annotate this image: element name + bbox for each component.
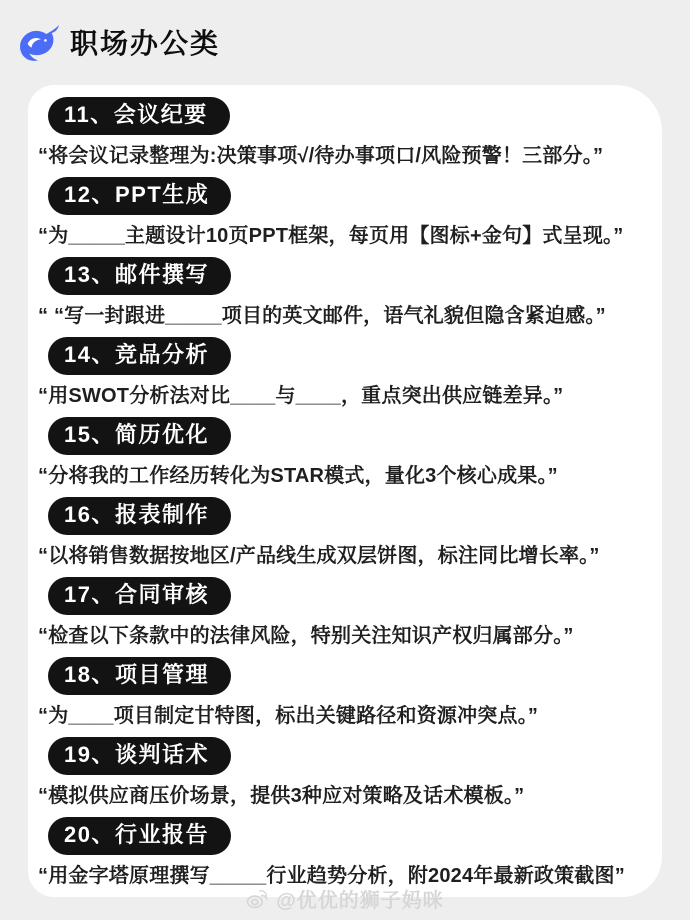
item-title-badge: 20、行业报告: [48, 817, 231, 855]
item-prompt-text: “用SWOT分析法对比____与____，重点突出供应链差异。”: [38, 383, 650, 409]
item-title-badge: 18、项目管理: [48, 657, 231, 695]
prompt-item: 19、谈判话术 “模拟供应商压价场景，提供3种应对策略及话术模板。”: [48, 737, 650, 809]
prompt-item: 11、会议纪要 “将会议记录整理为:决策事项√/待办事项口/风险预警！三部分。”: [48, 97, 650, 169]
prompt-item: 15、简历优化 “分将我的工作经历转化为STAR模式，量化3个核心成果。”: [48, 417, 650, 489]
item-title-badge: 19、谈判话术: [48, 737, 231, 775]
item-prompt-text: “将会议记录整理为:决策事项√/待办事项口/风险预警！三部分。”: [38, 143, 650, 169]
item-title-badge: 12、PPT生成: [48, 177, 231, 215]
prompt-item: 14、竞品分析 “用SWOT分析法对比____与____，重点突出供应链差异。”: [48, 337, 650, 409]
prompt-item: 17、合同审核 “检查以下条款中的法律风险，特别关注知识产权归属部分。”: [48, 577, 650, 649]
page-title: 职场办公类: [70, 22, 220, 62]
item-title-badge: 14、竞品分析: [48, 337, 231, 375]
prompt-card: 11、会议纪要 “将会议记录整理为:决策事项√/待办事项口/风险预警！三部分。”…: [28, 85, 662, 897]
watermark-text: @优优的狮子妈咪: [276, 884, 444, 913]
item-prompt-text: “以将销售数据按地区/产品线生成双层饼图，标注同比增长率。”: [38, 543, 650, 569]
item-prompt-text: “模拟供应商压价场景，提供3种应对策略及话术模板。”: [38, 783, 650, 809]
prompt-item: 18、项目管理 “为____项目制定甘特图，标出关键路径和资源冲突点。”: [48, 657, 650, 729]
item-prompt-text: “为_____主题设计10页PPT框架，每页用【图标+金句】式呈现。”: [38, 223, 650, 249]
item-prompt-text: “为____项目制定甘特图，标出关键路径和资源冲突点。”: [38, 703, 650, 729]
prompt-item: 20、行业报告 “用金字塔原理撰写_____行业趋势分析，附2024年最新政策截…: [48, 817, 650, 889]
prompt-item: 12、PPT生成 “为_____主题设计10页PPT框架，每页用【图标+金句】式…: [48, 177, 650, 249]
item-title-badge: 17、合同审核: [48, 577, 231, 615]
item-title-badge: 16、报表制作: [48, 497, 231, 535]
prompt-item: 16、报表制作 “以将销售数据按地区/产品线生成双层饼图，标注同比增长率。”: [48, 497, 650, 569]
item-title-badge: 11、会议纪要: [48, 97, 230, 135]
item-prompt-text: “分将我的工作经历转化为STAR模式，量化3个核心成果。”: [38, 463, 650, 489]
watermark: @优优的狮子妈咪: [0, 884, 690, 913]
weibo-icon: [246, 889, 270, 909]
page: { "header": { "icon": "deepseek-whale-ic…: [0, 0, 690, 920]
item-title-badge: 13、邮件撰写: [48, 257, 231, 295]
deepseek-whale-icon: [20, 24, 60, 61]
page-header: 职场办公类: [20, 22, 220, 62]
item-prompt-text: “ “写一封跟进_____项目的英文邮件，语气礼貌但隐含紧迫感。”: [38, 303, 650, 329]
item-prompt-text: “检查以下条款中的法律风险，特别关注知识产权归属部分。”: [38, 623, 650, 649]
item-title-badge: 15、简历优化: [48, 417, 231, 455]
prompt-item: 13、邮件撰写 “ “写一封跟进_____项目的英文邮件，语气礼貌但隐含紧迫感。…: [48, 257, 650, 329]
